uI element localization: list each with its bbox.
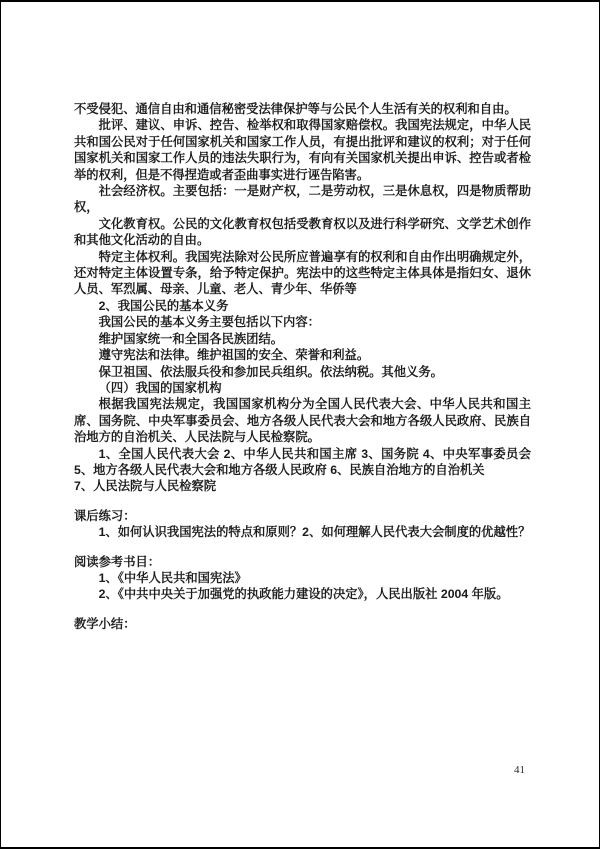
paragraph: 2、《中共中央关于加强党的执政能力建设的决定》，人民出版社 2004 年版。 (74, 586, 531, 602)
paragraph: 课后练习： (74, 508, 531, 524)
paragraph: 7、人民法院与人民检察院 (74, 478, 531, 494)
paragraph: 2、我国公民的基本义务 (74, 298, 531, 314)
document-body: 不受侵犯、通信自由和通信秘密受法律保护等与公民个人生活有关的权利和自由。批评、建… (74, 101, 531, 632)
paragraph: 维护国家统一和全国各民族团结。 (74, 331, 531, 347)
document-page: 不受侵犯、通信自由和通信秘密受法律保护等与公民个人生活有关的权利和自由。批评、建… (0, 0, 600, 849)
paragraph: 根据我国宪法规定，我国国家机构分为全国人民代表大会、中华人民共和国主席、国务院、… (74, 396, 531, 445)
paragraph: 1、《中华人民共和国宪法》 (74, 570, 531, 586)
paragraph: 特定主体权利。我国宪法除对公民所应普遍享有的权利和自由作出明确规定外，还对特定主… (74, 249, 531, 298)
paragraph: 1、全国人民代表大会 2、中华人民共和国主席 3、国务院 4、中央军事委员会 5… (74, 446, 531, 479)
paragraph: 批评、建议、申诉、控告、检举权和取得国家赔偿权。我国宪法规定，中华人民共和国公民… (74, 117, 531, 183)
paragraph: 遵守宪法和法律。维护祖国的安全、荣誉和利益。 (74, 347, 531, 363)
paragraph: 我国公民的基本义务主要包括以下内容： (74, 314, 531, 330)
paragraph: 不受侵犯、通信自由和通信秘密受法律保护等与公民个人生活有关的权利和自由。 (74, 101, 531, 117)
paragraph: 教学小结： (74, 616, 531, 632)
page-number: 41 (514, 764, 525, 776)
paragraph: （四）我国的国家机构 (74, 380, 531, 396)
paragraph: 阅读参考书目： (74, 554, 531, 570)
paragraph: 文化教育权。公民的文化教育权包括受教育权以及进行科学研究、文学艺术创作和其他文化… (74, 216, 531, 249)
paragraph: 社会经济权。主要包括：一是财产权，二是劳动权，三是休息权，四是物质帮助权， (74, 183, 531, 216)
paragraph: 1、如何认识我国宪法的特点和原则？2、如何理解人民代表大会制度的优越性？ (74, 524, 531, 540)
paragraph: 保卫祖国、依法服兵役和参加民兵组织。依法纳税。其他义务。 (74, 364, 531, 380)
